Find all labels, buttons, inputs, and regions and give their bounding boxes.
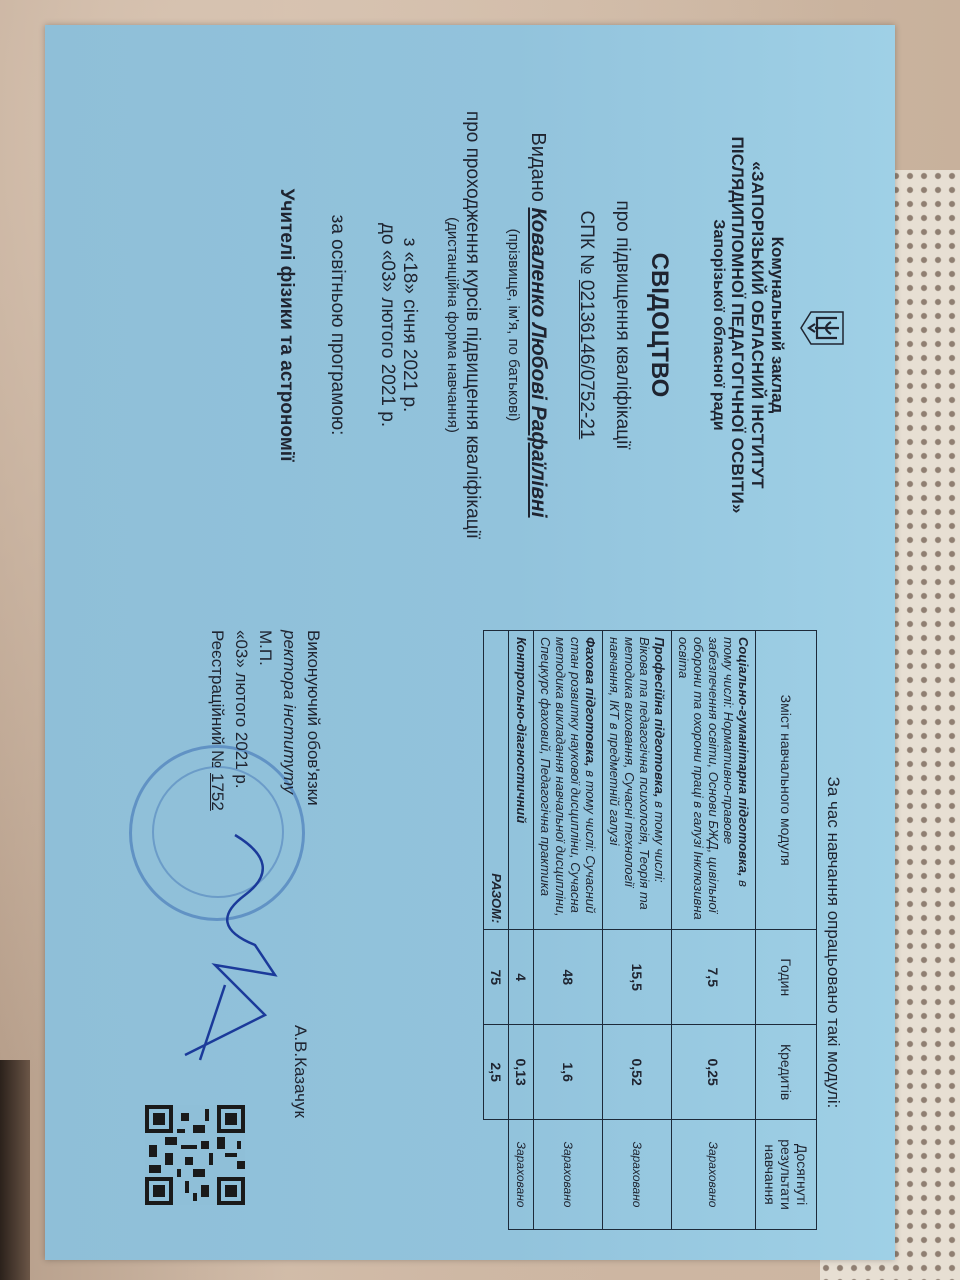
module-cell: Фахова підготовка, в тому числі: Сучасни…	[534, 631, 603, 930]
certificate-paper: Комунальний заклад «ЗАПОРІЗЬКИЙ ОБЛАСНИЙ…	[45, 25, 895, 1260]
header-hours: Годин	[756, 930, 817, 1025]
certificate-title: СВІДОЦТВО	[645, 25, 673, 625]
header-module-content: Зміст навчального модуля	[756, 631, 817, 930]
credits-cell: 0,52	[603, 1025, 672, 1120]
date-from: з «18» січня 2021 р.	[398, 25, 420, 625]
certificate-modules-section: За час навчання опрацьовано такі модулі:…	[45, 625, 895, 1260]
total-row: РАЗОМ: 75 2,5	[484, 631, 509, 1230]
module-cell: Професійна підготовка, в тому числі: Вік…	[603, 631, 672, 930]
credits-cell: 0,13	[509, 1025, 534, 1120]
spk-number-line: СПК № 02136146/0752-21	[575, 25, 597, 625]
program-name: Учителі фізики та астрономії	[275, 25, 297, 625]
signature-date: «03» лютого 2021 р.	[229, 630, 253, 811]
ukraine-trident-icon	[799, 310, 845, 346]
table-row: Контрольно-діагностичний 4 0,13 Зарахова…	[509, 631, 534, 1230]
result-cell: Зараховано	[672, 1120, 756, 1230]
certificate-subtitle: про підвищення кваліфікації	[611, 25, 633, 625]
total-label: РАЗОМ:	[484, 631, 509, 930]
total-hours: 75	[484, 930, 509, 1025]
recipient-name: Коваленко Любові Рафаїлівні	[527, 207, 550, 517]
issued-label: Видано	[527, 132, 549, 201]
certificate-front-section: Комунальний заклад «ЗАПОРІЗЬКИЙ ОБЛАСНИЙ…	[45, 25, 895, 625]
spk-number: 02136146/0752-21	[576, 280, 597, 440]
name-hint: (прізвище, ім'я, по батькові)	[505, 25, 522, 625]
module-cell: Соціально-гуманітарна підготовка, в тому…	[672, 631, 756, 930]
table-header-row: Зміст навчального модуля Годин Кредитів …	[756, 631, 817, 1230]
result-cell: Зараховано	[603, 1120, 672, 1230]
header-results: Досягнуті результати навчання	[756, 1120, 817, 1230]
position-line-1: Виконуючий обов'язки	[301, 630, 325, 811]
handwritten-signature-icon	[165, 825, 295, 1065]
registry-label: Реєстраційний №	[208, 630, 227, 768]
program-label: за освітньою програмою:	[326, 25, 348, 625]
total-empty	[484, 1120, 509, 1230]
hours-cell: 48	[534, 930, 603, 1025]
credits-cell: 1,6	[534, 1025, 603, 1120]
result-cell: Зараховано	[509, 1120, 534, 1230]
date-to: до «03» лютого 2021 р.	[376, 25, 398, 625]
registry-line: Реєстраційний № 1752	[205, 630, 229, 811]
signature-block: Виконуючий обов'язки ректора інституту М…	[205, 630, 325, 811]
registry-number: 1752	[208, 773, 227, 811]
qr-code-icon	[145, 1105, 245, 1205]
credits-cell: 0,25	[672, 1025, 756, 1120]
signer-name: А.В.Казачук	[290, 1025, 310, 1118]
table-row: Професійна підготовка, в тому числі: Вік…	[603, 631, 672, 1230]
org-line-2: «ЗАПОРІЗЬКИЙ ОБЛАСНИЙ ІНСТИТУТ	[747, 25, 767, 625]
result-cell: Зараховано	[534, 1120, 603, 1230]
desk-shadow	[0, 1060, 30, 1280]
seal-mark: М.П.	[253, 630, 277, 811]
table-row: Соціально-гуманітарна підготовка, в тому…	[672, 631, 756, 1230]
org-line-4: Запорізької обласної ради	[709, 25, 727, 625]
study-form: (дистанційна форма навчання)	[444, 25, 461, 625]
position-line-2: ректора інституту	[277, 630, 301, 811]
org-line-3: ПІСЛЯДИПЛОМНОЇ ПЕДАГОГІЧНОЇ ОСВІТИ»	[727, 25, 747, 625]
table-row: Фахова підготовка, в тому числі: Сучасни…	[534, 631, 603, 1230]
org-line-1: Комунальний заклад	[767, 25, 787, 625]
hours-cell: 4	[509, 930, 534, 1025]
hours-cell: 7,5	[672, 930, 756, 1025]
header-credits: Кредитів	[756, 1025, 817, 1120]
hours-cell: 15,5	[603, 930, 672, 1025]
spk-label: СПК №	[576, 211, 597, 275]
total-credits: 2,5	[484, 1025, 509, 1120]
course-text: про проходження курсів підвищення кваліф…	[461, 25, 483, 625]
modules-caption: За час навчання опрацьовано такі модулі:	[823, 625, 843, 1260]
issued-line: Видано Коваленко Любові Рафаїлівні	[526, 25, 550, 625]
module-cell: Контрольно-діагностичний	[509, 631, 534, 930]
modules-table: Зміст навчального модуля Годин Кредитів …	[483, 630, 817, 1230]
